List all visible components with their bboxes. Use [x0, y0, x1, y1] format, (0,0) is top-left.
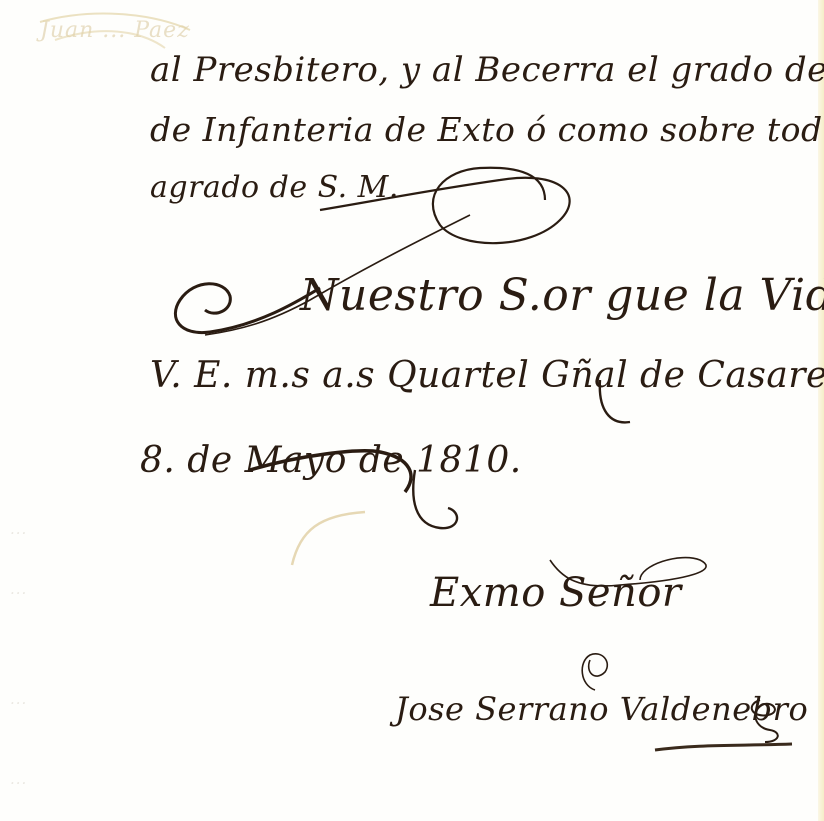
- letter-line-3: agrado de S. M.: [150, 170, 399, 205]
- manuscript-page: Juan ... Paez ... ... ... ... al Presbit…: [0, 0, 824, 821]
- bleed-through-line: ...: [10, 690, 27, 708]
- letter-line-5-location: V. E. m.s a.s Quartel Gñal de Casares: [150, 355, 824, 396]
- letter-line-1: al Presbitero, y al Becerra el grado de …: [150, 50, 824, 90]
- letter-line-2: de Infanteria de Exto ó como sobre todo …: [150, 110, 824, 149]
- bleed-through-heading: Juan ... Paez: [40, 18, 190, 43]
- closing-salutation: Exmo Señor: [430, 570, 682, 616]
- letter-line-6-date: 8. de Mayo de 1810.: [140, 440, 522, 481]
- bleed-through-line: ...: [10, 520, 27, 538]
- letter-line-4-salutation: Nuestro S.or gue la Vida de: [300, 270, 824, 321]
- bleed-through-line: ...: [10, 580, 27, 598]
- bleed-through-line: ...: [10, 770, 27, 788]
- signature-name: Jose Serrano Valdenebro: [395, 690, 808, 728]
